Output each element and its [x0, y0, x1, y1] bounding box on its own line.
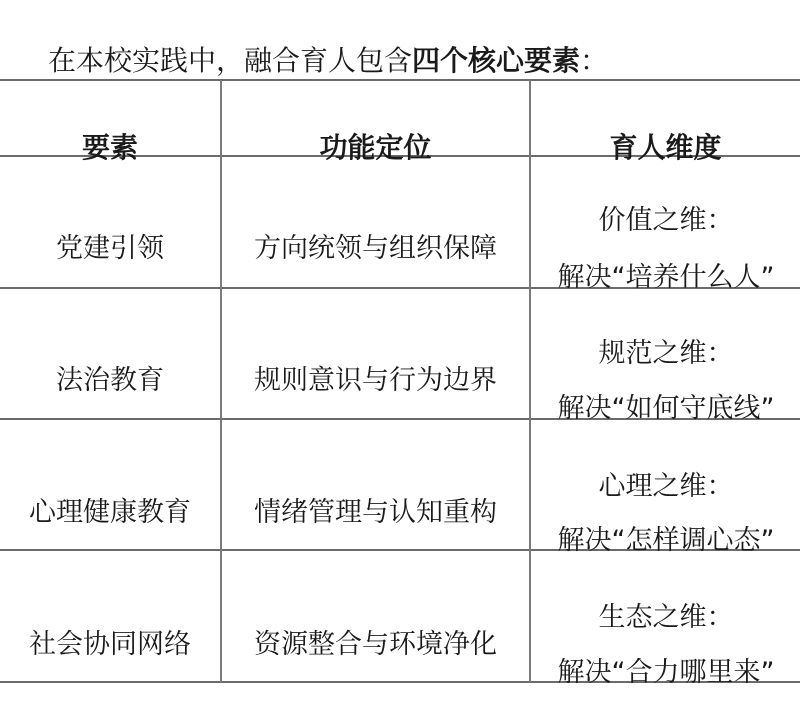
column-divider [529, 80, 531, 682]
cell-element: 法治教育 [0, 364, 220, 398]
cell-function: 方向统领与组织保障 [222, 232, 529, 266]
cell-dimension-title: 生态之维： [532, 601, 800, 635]
cell-dimension-desc: 解决“培养什么人” [532, 261, 800, 295]
cell-dimension-title: 心理之维： [532, 470, 800, 504]
intro-bold: 四个核心要素 [412, 44, 580, 77]
cell-function: 情绪管理与认知重构 [222, 496, 529, 530]
cell-element: 社会协同网络 [0, 628, 220, 662]
cell-dimension-desc: 解决“合力哪里来” [532, 656, 800, 690]
cell-function: 规则意识与行为边界 [222, 364, 529, 398]
intro-suffix: ： [580, 44, 608, 77]
intro-paragraph: 在本校实践中，融合育人包含四个核心要素： [48, 43, 608, 79]
cell-dimension-title: 价值之维： [532, 204, 800, 238]
intro-prefix: 在本校实践中，融合育人包含 [48, 44, 412, 77]
cell-dimension-desc: 解决“如何守底线” [532, 392, 800, 426]
cell-element: 党建引领 [0, 232, 220, 266]
cell-element: 心理健康教育 [0, 496, 220, 530]
header-function: 功能定位 [222, 131, 529, 165]
header-dimension: 育人维度 [531, 131, 800, 165]
cell-function: 资源整合与环境净化 [222, 628, 529, 662]
table-border-top [0, 79, 800, 81]
cell-dimension-desc: 解决“怎样调心态” [532, 524, 800, 558]
header-element: 要素 [0, 131, 220, 165]
cell-dimension-title: 规范之维： [532, 337, 800, 371]
